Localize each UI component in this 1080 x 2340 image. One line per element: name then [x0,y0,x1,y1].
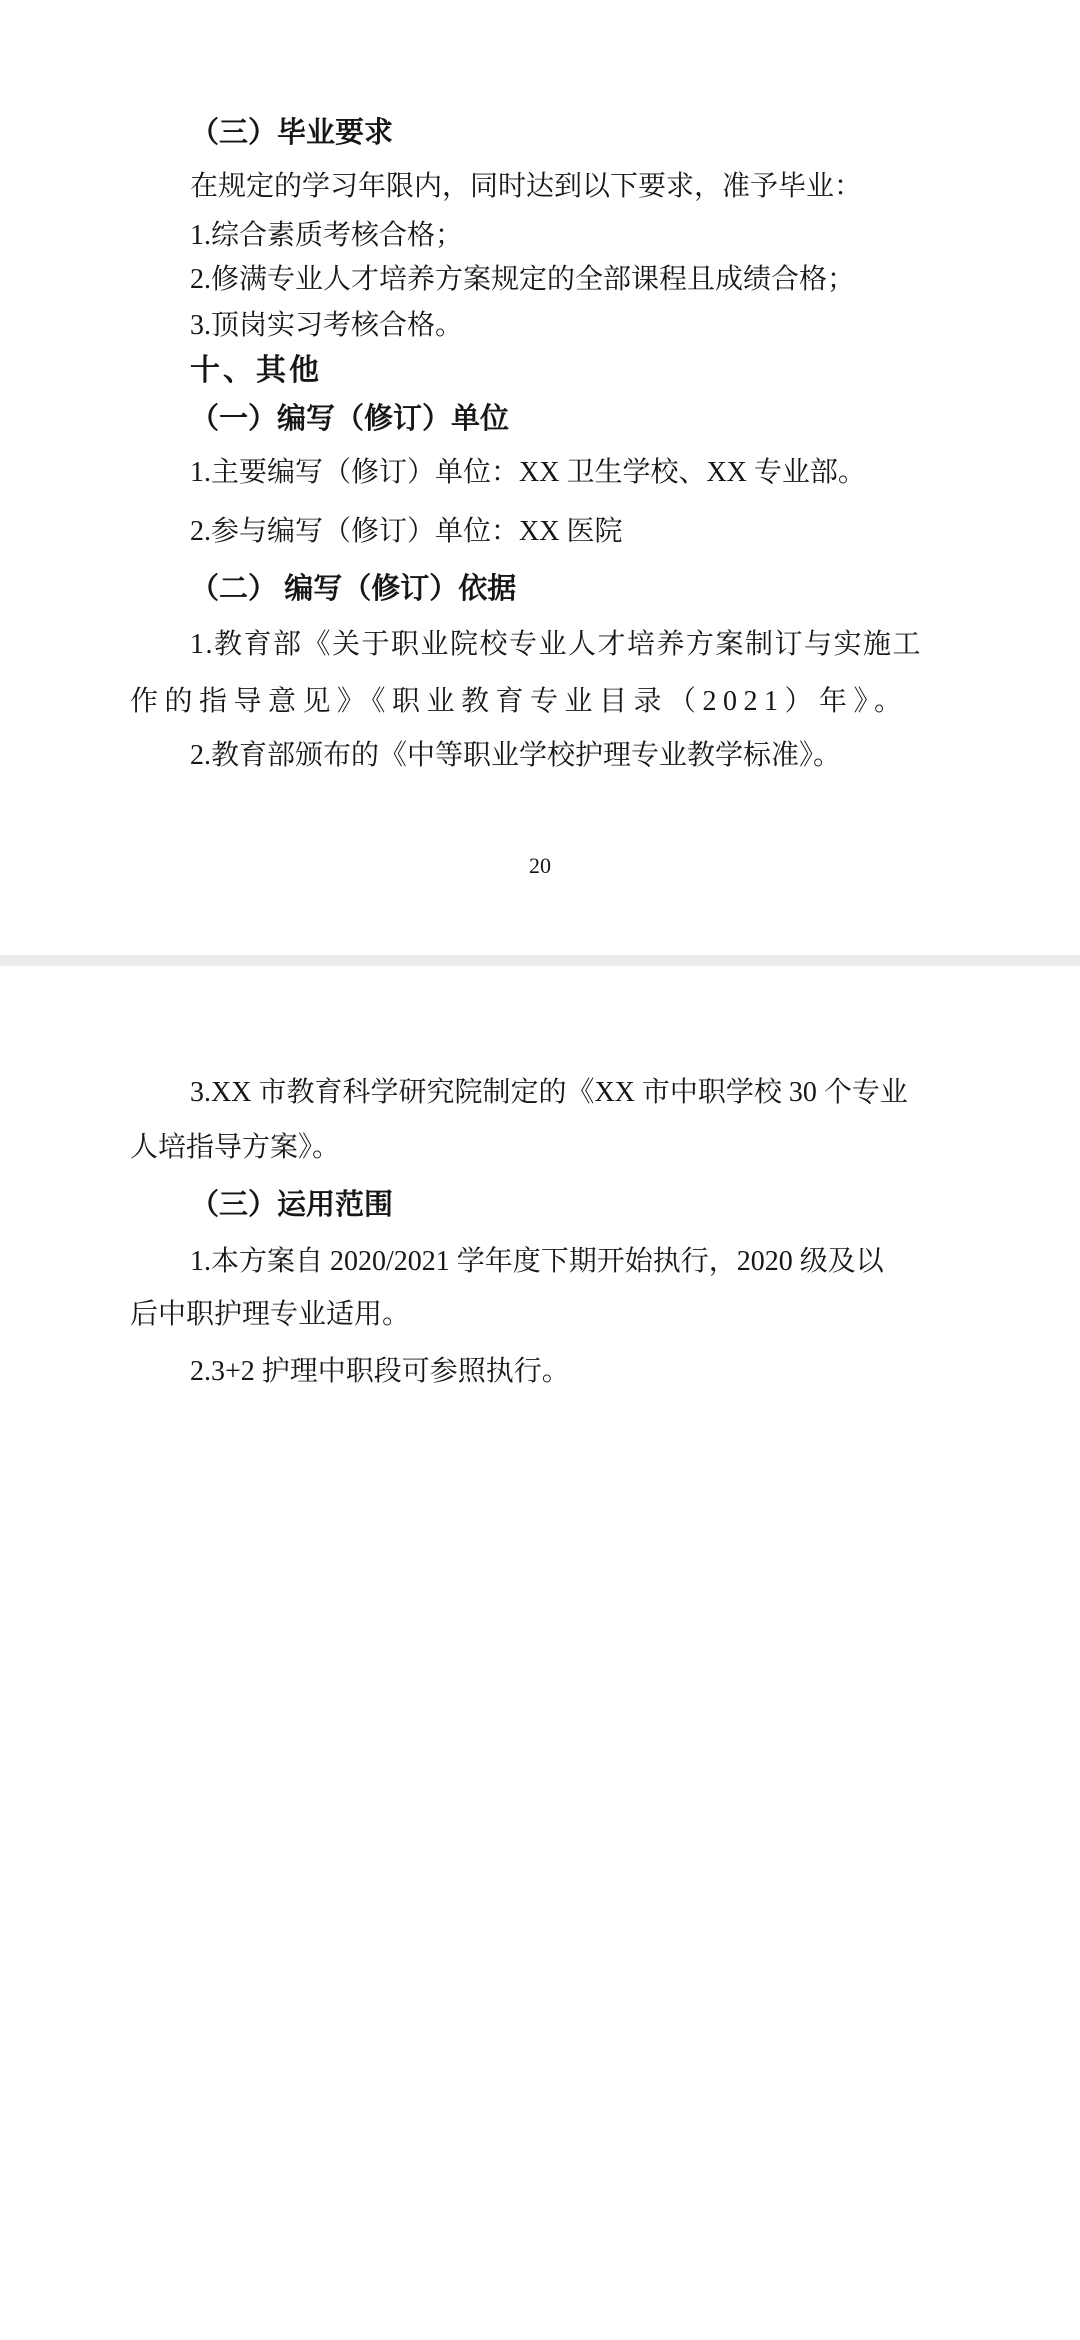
line-basis-3-part-b: 人培指导方案》。 [130,1128,340,1168]
line-basis-2: 2.教育部颁布的《中等职业学校护理专业教学标准》。 [190,736,841,776]
line-basis-1-part-a: 1.教育部《关于职业院校专业人才培养方案制订与实施工 [190,625,922,665]
heading-compilation-basis: （二） 编写（修订）依据 [190,569,516,609]
page-break-divider [0,955,1080,966]
page-number: 20 [0,853,1080,879]
heading-section-ten-others: 十、其他 [190,351,322,391]
document-page-1: （三）毕业要求 在规定的学习年限内，同时达到以下要求，准予毕业： 1.综合素质考… [0,0,1080,955]
document-viewer[interactable]: （三）毕业要求 在规定的学习年限内，同时达到以下要求，准予毕业： 1.综合素质考… [0,0,1080,2340]
line-main-compilation-unit: 1.主要编写（修订）单位：XX 卫生学校、XX 专业部。 [190,453,866,493]
line-participating-unit: 2.参与编写（修订）单位：XX 医院 [190,512,622,552]
list-item-internship-assessment: 3.顶岗实习考核合格。 [190,306,463,346]
heading-graduation-requirements: （三）毕业要求 [190,113,393,153]
line-basis-3-part-a: 3.XX 市教育科学研究院制定的《XX 市中职学校 30 个专业 [190,1073,908,1113]
line-scope-2: 2.3+2 护理中职段可参照执行。 [190,1352,570,1392]
document-page-2: 3.XX 市教育科学研究院制定的《XX 市中职学校 30 个专业 人培指导方案》… [0,966,1080,2340]
paragraph-graduation-intro: 在规定的学习年限内，同时达到以下要求，准予毕业： [190,167,862,207]
list-item-quality-assessment: 1.综合素质考核合格； [190,216,463,256]
list-item-course-completion: 2.修满专业人才培养方案规定的全部课程且成绩合格； [190,260,855,300]
line-scope-1-part-b: 后中职护理专业适用。 [130,1295,410,1335]
line-scope-1-part-a: 1.本方案自 2020/2021 学年度下期开始执行，2020 级及以 [190,1242,884,1282]
heading-application-scope: （三）运用范围 [190,1185,393,1225]
line-basis-1-part-b: 作的指导意见》《职业教育专业目录（2021）年》。 [130,682,909,722]
heading-compilation-unit: （一）编写（修订）单位 [190,399,509,439]
